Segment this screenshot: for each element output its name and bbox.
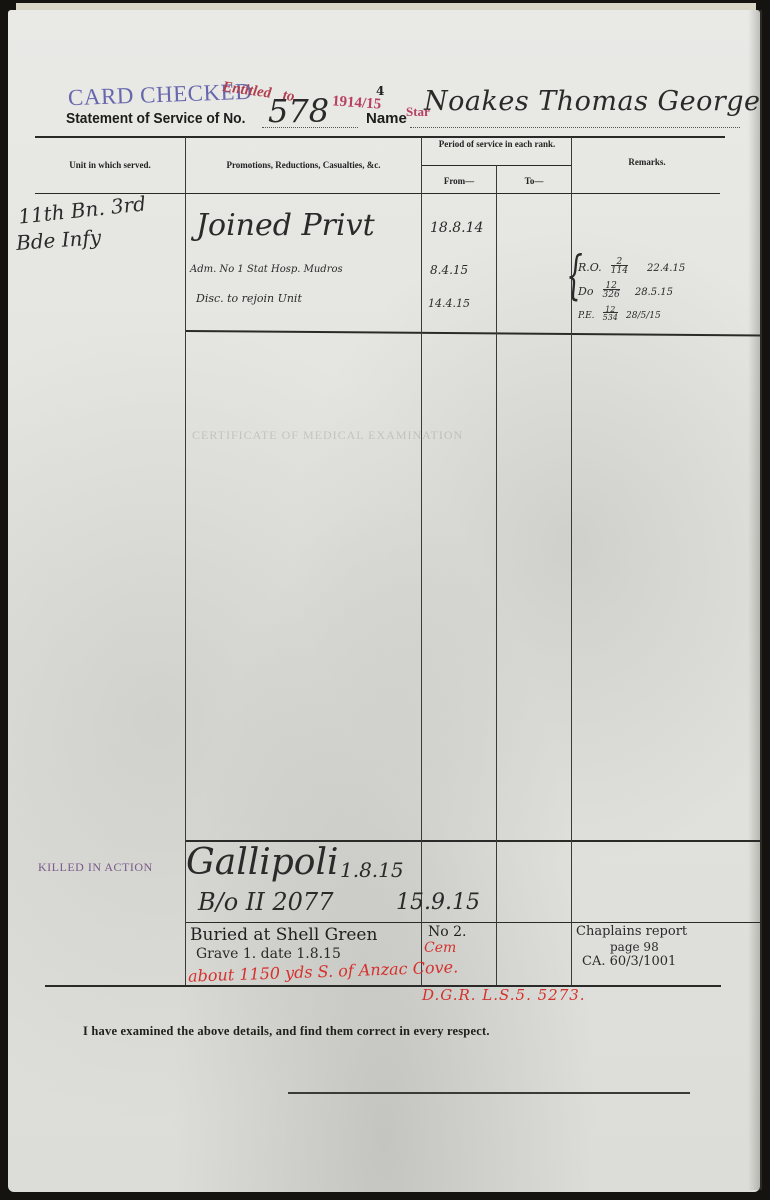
- remarks-entry-3: P.E. 12534 28/5/15: [578, 303, 718, 322]
- burial-remarks-line-3: CA. 60/3/1001: [582, 954, 676, 969]
- service-number: 578: [268, 92, 329, 130]
- examination-statement: I have examined the above details, and f…: [83, 1024, 490, 1039]
- column-header-unit: Unit in which served.: [35, 160, 185, 170]
- killed-in-action-stamp: KILLED IN ACTION: [38, 860, 153, 875]
- promotion-entry-3: Disc. to rejoin Unit: [196, 292, 302, 305]
- table-bottom-rule: [45, 985, 721, 987]
- column-header-from: From—: [422, 176, 496, 186]
- casualty-reference-date: 15.9.15: [396, 890, 480, 915]
- casualty-reference: B/o II 2077: [198, 888, 333, 916]
- from-date-3: 14.4.15: [428, 297, 470, 310]
- name-label: Name: [366, 110, 407, 127]
- statement-of-service-label: Statement of Service of No.: [66, 110, 245, 127]
- burial-plot-number: No 2.: [428, 924, 467, 940]
- column-header-remarks: Remarks.: [572, 157, 722, 167]
- burial-top-rule: [186, 922, 762, 923]
- dgr-reference: D.G.R. L.S.5. 5273.: [422, 986, 586, 1004]
- remarks-entry-1: R.O. 2114 22.4.15: [578, 256, 718, 276]
- signature-line: [288, 1092, 690, 1094]
- service-record-page: [8, 10, 760, 1192]
- col-divider-2: [421, 137, 422, 985]
- page-edge-shadow: [748, 10, 762, 1190]
- soldier-name: Noakes Thomas George: [424, 86, 761, 117]
- burial-line-1: Buried at Shell Green: [190, 925, 377, 945]
- column-header-period: Period of service in each rank.: [428, 139, 566, 150]
- period-subheader-rule: [422, 165, 572, 166]
- casualty-date: 1.8.15: [340, 858, 404, 882]
- burial-line-2: Grave 1. date 1.8.15: [196, 946, 341, 962]
- remarks-entry-2: Do 12326 28.5.15: [578, 280, 718, 300]
- from-date-1: 18.8.14: [430, 220, 483, 236]
- header-top-rule: [35, 136, 725, 138]
- from-date-2: 8.4.15: [430, 263, 468, 277]
- promotion-entry-1: Joined Privt: [196, 208, 375, 243]
- faded-backprint-heading: CERTIFICATE OF MEDICAL EXAMINATION: [192, 428, 463, 443]
- col-divider-3: [496, 165, 497, 985]
- burial-cemetery-note: Cem: [424, 940, 456, 956]
- burial-remarks-line-1: Chaplains report: [576, 924, 687, 939]
- name-dotted-line: [410, 127, 740, 128]
- burial-remarks-line-2: page 98: [610, 940, 659, 954]
- promotion-entry-2: Adm. No 1 Stat Hosp. Mudros: [190, 264, 343, 275]
- column-header-promotions: Promotions, Reductions, Casualties, &c.: [186, 160, 421, 170]
- casualty-place: Gallipoli: [186, 842, 339, 883]
- column-header-to: To—: [497, 176, 571, 186]
